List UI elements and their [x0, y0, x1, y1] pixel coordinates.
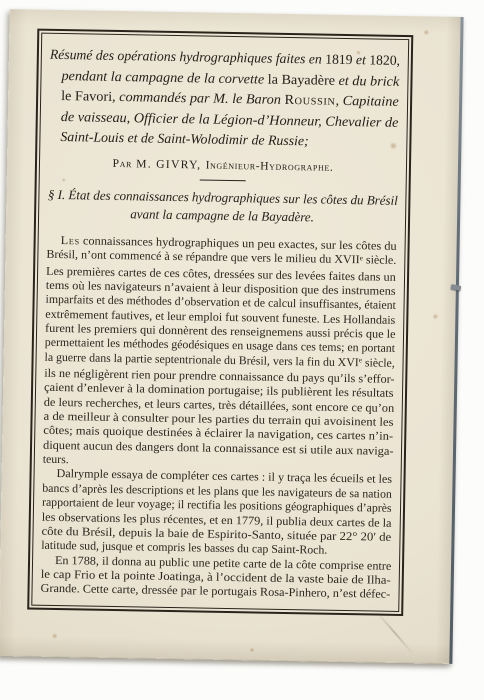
text-segment: de vaisseau, Officier de la Légion-d’Hon…: [61, 109, 399, 130]
divider-rule: [200, 179, 246, 181]
text-segment: , Capitaine: [335, 93, 398, 109]
text-segment: , commandés par M. le Baron: [112, 89, 285, 107]
page-right-edge: [449, 17, 463, 664]
text-line: Par M. GIVRY, Ingénieur-Hydrographe.: [48, 155, 398, 176]
text-segment: Roussin: [284, 92, 335, 108]
text-segment: teurs.: [43, 452, 69, 466]
text-segment: M. GIVRY,: [132, 157, 206, 171]
text-segment: 1820,: [369, 52, 400, 68]
text-segment: e: [360, 253, 363, 262]
fox-spot: [423, 29, 429, 35]
crease-mark: [375, 610, 415, 655]
scanned-page-photo: Résumé des opérations hydrographiques fa…: [0, 0, 484, 700]
text-segment: et du brick: [335, 72, 399, 88]
text-segment: Par: [112, 157, 132, 170]
text-segment: Ingénieur-Hydrographe.: [206, 159, 334, 174]
text-segment: 1819: [325, 52, 353, 67]
text-segment: le Favori: [61, 88, 112, 104]
fox-spot: [389, 142, 397, 150]
text-segment: siècle.: [363, 253, 397, 268]
byline: Par M. GIVRY, Ingénieur-Hydrographe.: [48, 155, 398, 176]
paragraph: Dalrymple essaya de compléter ces cartes…: [41, 466, 392, 558]
body-text: Les connaissances hydrographiques un peu…: [40, 233, 396, 602]
fox-spot: [62, 178, 66, 182]
text-segment: et: [352, 52, 369, 67]
title-block: Résumé des opérations hydrographiques fa…: [48, 45, 400, 154]
text-segment: avant la campagne de la Bayadère.: [130, 207, 314, 225]
frame-inner-rule: Résumé des opérations hydrographiques fa…: [31, 33, 409, 612]
section-heading: § I. État des connaissances hydrographiq…: [47, 186, 398, 229]
fox-spot: [249, 647, 254, 652]
fox-spot: [432, 314, 438, 320]
paragraph: En 1788, il donna au public une petite c…: [40, 552, 391, 601]
text-segment: la Bayadère: [268, 71, 336, 87]
fox-spot: [52, 633, 58, 639]
paragraph: Les connaissances hydrographiques un peu…: [43, 233, 397, 473]
text-segment: Résumé des opérations hydrographiques fa…: [50, 47, 326, 67]
staple-mark: [451, 284, 462, 291]
text-segment: Saint-Louis et de Saint-Wolodimir de Rus…: [60, 129, 308, 148]
double-rule-frame: Résumé des opérations hydrographiques fa…: [27, 29, 413, 616]
text-segment: Les: [61, 233, 80, 247]
book-page: Résumé des opérations hydrographiques fa…: [0, 9, 463, 664]
fox-spot: [356, 50, 361, 55]
text-segment: pendant la campagne de la corvette: [61, 68, 267, 87]
text-segment: siècle,: [362, 355, 395, 370]
